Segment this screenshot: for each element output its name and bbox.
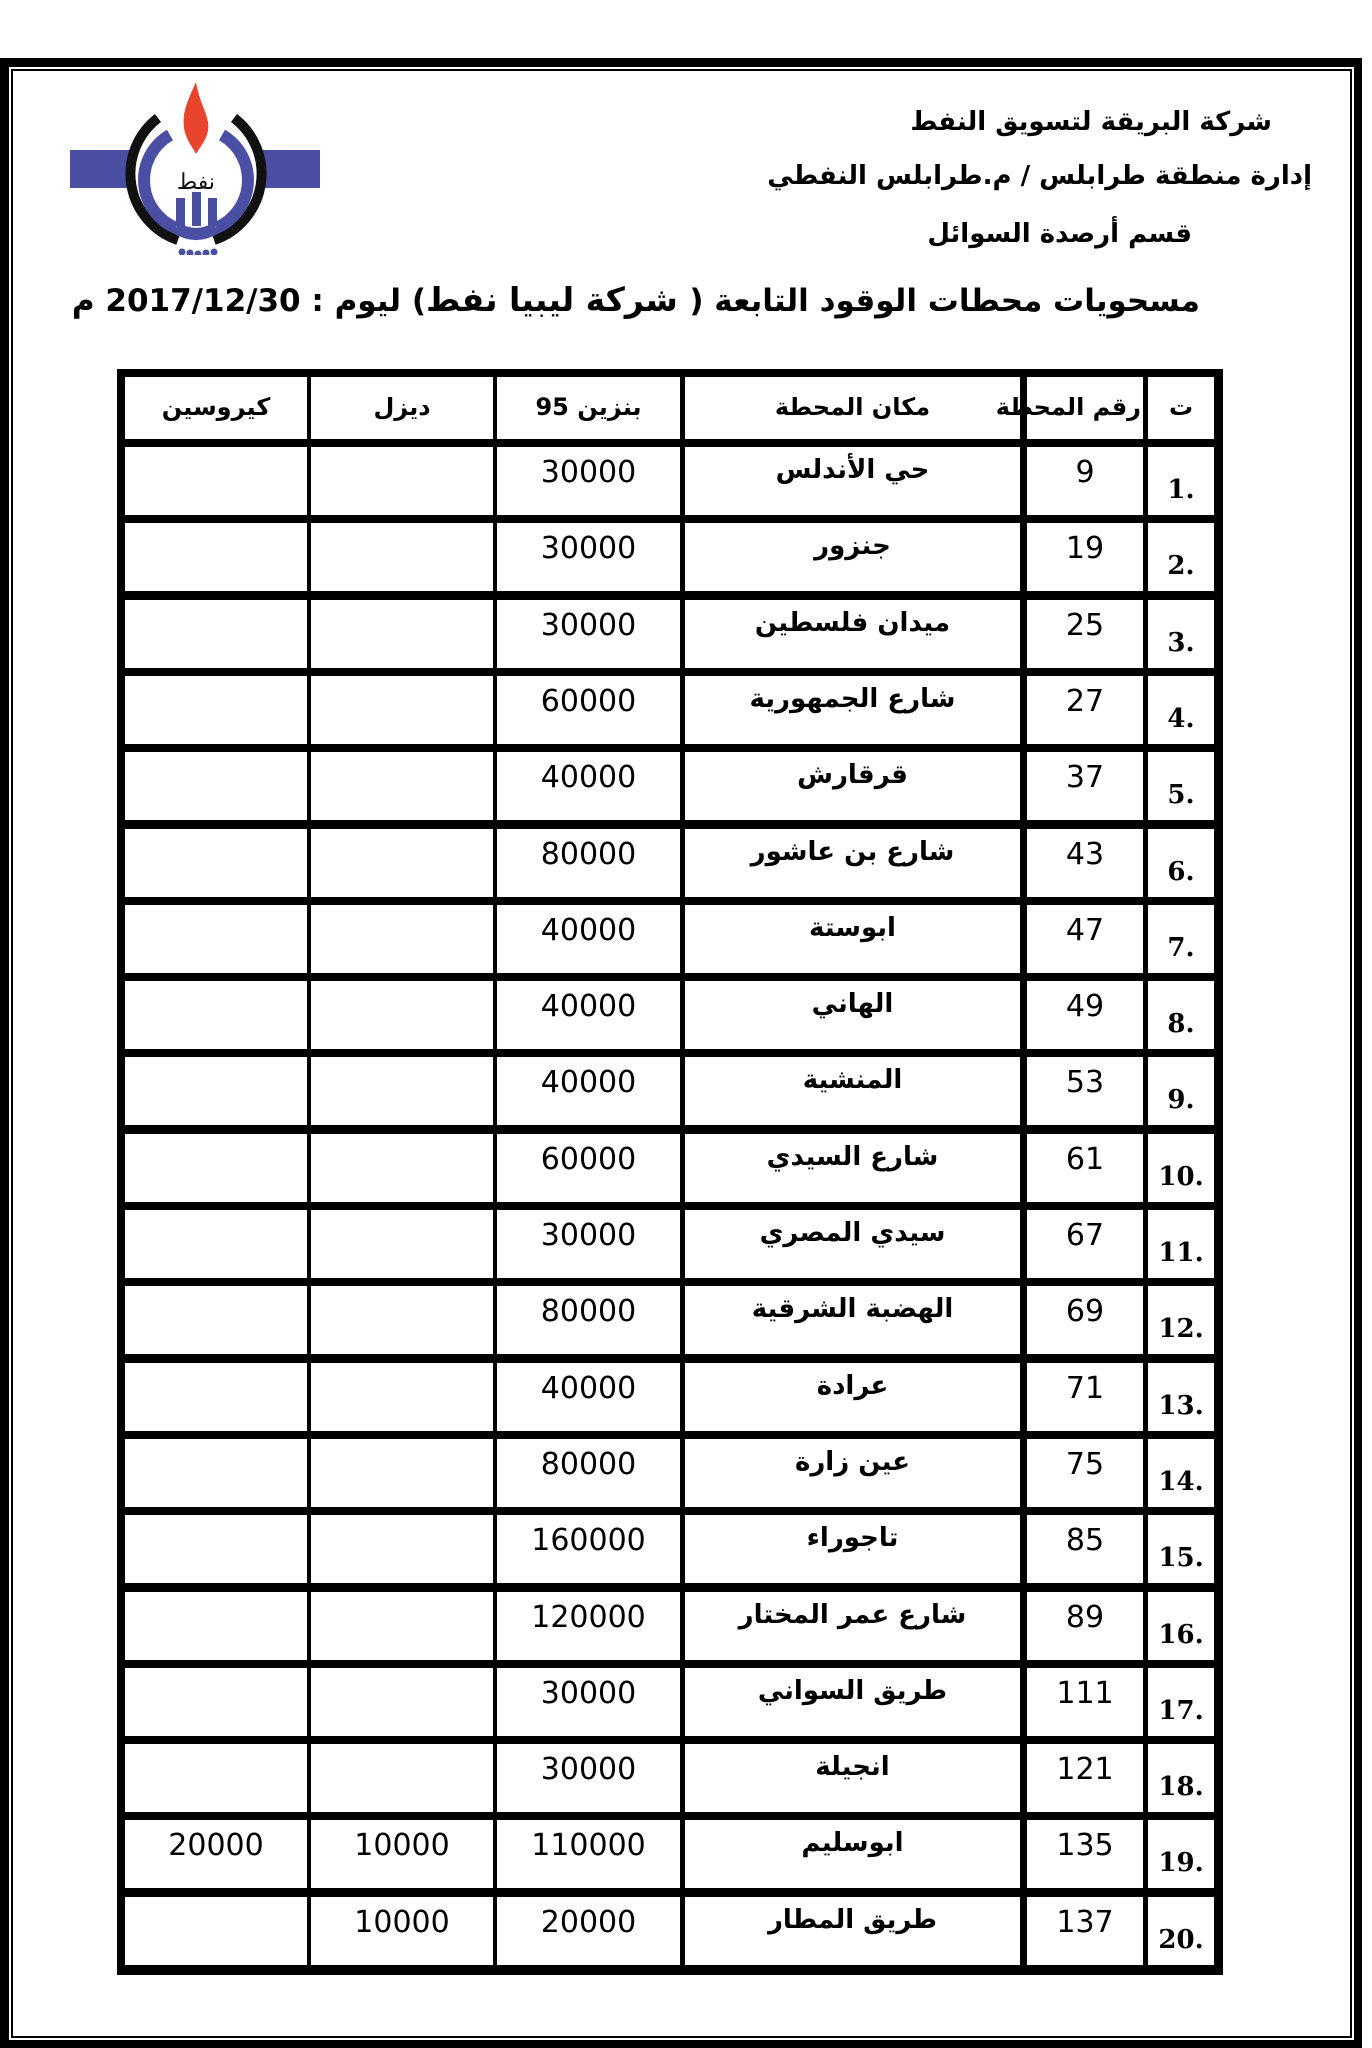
cell-value: شارع عمر المختار [687, 1600, 1018, 1630]
cell-value: .12 [1150, 1314, 1212, 1344]
table-cell-location: سيدي المصري [685, 1210, 1020, 1278]
table-cell-kerosene [125, 1592, 307, 1660]
table-cell-station-no: 43 [1027, 829, 1143, 897]
column-header-station-no: رقم المحطة [1027, 377, 1143, 439]
table-cell-location: شارع الجمهورية [685, 676, 1020, 744]
table-cell-index: .18 [1148, 1744, 1214, 1812]
cell-value: انجيلة [687, 1752, 1018, 1782]
cell-value: جنزور [687, 531, 1018, 561]
cell-value: .15 [1150, 1543, 1212, 1573]
table-cell-diesel [311, 1057, 493, 1125]
table-cell-station-no: 85 [1027, 1515, 1143, 1583]
table-cell-kerosene [125, 600, 307, 668]
column-header-kerosene: كيروسين [125, 377, 307, 439]
cell-value: .19 [1150, 1848, 1212, 1878]
cell-value: 19 [1029, 531, 1141, 566]
oil-logo-icon [70, 80, 320, 255]
table-cell-station-no: 67 [1027, 1210, 1143, 1278]
table-cell-station-no: 53 [1027, 1057, 1143, 1125]
table-cell-petrol95: 40000 [497, 1057, 680, 1125]
table-cell-diesel [311, 905, 493, 973]
section-name: قسم أرصدة السوائل [927, 210, 1192, 258]
title-prefix: مسحويات محطات الوقود التابعة ( [689, 283, 1200, 319]
cell-value: 160000 [499, 1523, 678, 1558]
table-cell-station-no: 37 [1027, 752, 1143, 820]
cell-value: ابوستة [687, 913, 1018, 943]
table-cell-index: .4 [1148, 676, 1214, 744]
table-cell-petrol95: 80000 [497, 1286, 680, 1354]
table-cell-kerosene [125, 1134, 307, 1202]
table-cell-location: ميدان فلسطين [685, 600, 1020, 668]
table-cell-index: .5 [1148, 752, 1214, 820]
cell-value: .16 [1150, 1620, 1212, 1650]
table-cell-diesel [311, 1286, 493, 1354]
table-cell-diesel [311, 1210, 493, 1278]
cell-value: 80000 [499, 837, 678, 872]
table-cell-kerosene [125, 1897, 307, 1965]
cell-value: .4 [1150, 704, 1212, 734]
table-cell-diesel [311, 600, 493, 668]
cell-value: 37 [1029, 760, 1141, 795]
column-header-label: ت [1150, 393, 1212, 421]
table-cell-index: .1 [1148, 447, 1214, 515]
table-cell-petrol95: 80000 [497, 829, 680, 897]
cell-value: طريق السواني [687, 1676, 1018, 1706]
cell-value: .3 [1150, 628, 1212, 658]
table-cell-location: طريق المطار [685, 1897, 1020, 1965]
table-cell-location: عين زارة [685, 1439, 1020, 1507]
table-cell-petrol95: 30000 [497, 1744, 680, 1812]
department-name: إدارة منطقة طرابلس / م.طرابلس النفطي [767, 152, 1312, 200]
cell-value: 40000 [499, 989, 678, 1024]
table-cell-diesel [311, 676, 493, 744]
table-cell-index: .7 [1148, 905, 1214, 973]
cell-value: 67 [1029, 1218, 1141, 1253]
cell-value: 61 [1029, 1142, 1141, 1177]
column-header-label: كيروسين [127, 393, 305, 421]
cell-value: 71 [1029, 1371, 1141, 1406]
cell-value: 69 [1029, 1294, 1141, 1329]
table-cell-petrol95: 40000 [497, 752, 680, 820]
cell-value: 30000 [499, 1752, 678, 1787]
cell-value: 20000 [127, 1828, 305, 1863]
table-cell-petrol95: 60000 [497, 1134, 680, 1202]
table-cell-petrol95: 160000 [497, 1515, 680, 1583]
table-cell-location: الهضبة الشرقية [685, 1286, 1020, 1354]
table-cell-index: .17 [1148, 1668, 1214, 1736]
cell-value: 89 [1029, 1600, 1141, 1635]
table-cell-petrol95: 40000 [497, 905, 680, 973]
table-cell-location: عرادة [685, 1363, 1020, 1431]
cell-value: 80000 [499, 1447, 678, 1482]
cell-value: 10000 [313, 1905, 491, 1940]
table-cell-station-no: 19 [1027, 523, 1143, 591]
cell-value: .5 [1150, 780, 1212, 810]
table-cell-diesel [311, 1592, 493, 1660]
cell-value: 40000 [499, 1065, 678, 1100]
cell-value: 30000 [499, 1676, 678, 1711]
cell-value: .18 [1150, 1772, 1212, 1802]
table-cell-kerosene [125, 676, 307, 744]
table-cell-station-no: 25 [1027, 600, 1143, 668]
table-cell-station-no: 71 [1027, 1363, 1143, 1431]
cell-value: شارع بن عاشور [687, 837, 1018, 867]
table-cell-kerosene [125, 1668, 307, 1736]
table-cell-location: تاجوراء [685, 1515, 1020, 1583]
column-header-location: مكان المحطة [685, 377, 1020, 439]
table-cell-location: ابوستة [685, 905, 1020, 973]
table-cell-location: شارع عمر المختار [685, 1592, 1020, 1660]
cell-value: 30000 [499, 531, 678, 566]
cell-value: 27 [1029, 684, 1141, 719]
cell-value: 40000 [499, 1371, 678, 1406]
cell-value: .17 [1150, 1696, 1212, 1726]
cell-value: عرادة [687, 1371, 1018, 1401]
table-cell-index: .16 [1148, 1592, 1214, 1660]
table-cell-kerosene [125, 829, 307, 897]
cell-value: شارع السيدي [687, 1142, 1018, 1172]
title-suffix: ) ليوم : 2017/12/30 م [72, 283, 426, 319]
cell-value: 49 [1029, 989, 1141, 1024]
column-header-label: مكان المحطة [687, 393, 1018, 421]
column-header-diesel: ديزل [311, 377, 493, 439]
table-cell-location: الهاني [685, 981, 1020, 1049]
title-company: شركة ليبيا نفط [426, 280, 689, 319]
cell-value: 30000 [499, 455, 678, 490]
table-cell-index: .13 [1148, 1363, 1214, 1431]
libya-oil-logo: نفط [70, 80, 320, 255]
cell-value: الهاني [687, 989, 1018, 1019]
cell-value: .13 [1150, 1391, 1212, 1421]
table-cell-petrol95: 30000 [497, 523, 680, 591]
cell-value: 60000 [499, 684, 678, 719]
table-cell-index: .6 [1148, 829, 1214, 897]
table-cell-diesel [311, 1134, 493, 1202]
cell-value: 25 [1029, 608, 1141, 643]
cell-value: تاجوراء [687, 1523, 1018, 1553]
table-cell-petrol95: 30000 [497, 600, 680, 668]
table-cell-station-no: 61 [1027, 1134, 1143, 1202]
cell-value: طريق المطار [687, 1905, 1018, 1935]
table-cell-station-no: 111 [1027, 1668, 1143, 1736]
table-cell-station-no: 47 [1027, 905, 1143, 973]
column-header-label: ديزل [313, 393, 491, 421]
table-cell-diesel [311, 1744, 493, 1812]
cell-value: .2 [1150, 551, 1212, 581]
cell-value: .11 [1150, 1238, 1212, 1268]
cell-value: 110000 [499, 1828, 678, 1863]
table-cell-petrol95: 30000 [497, 1210, 680, 1278]
table-cell-diesel [311, 1439, 493, 1507]
cell-value: 121 [1029, 1752, 1141, 1787]
table-cell-location: المنشية [685, 1057, 1020, 1125]
table-cell-diesel [311, 752, 493, 820]
table-cell-kerosene: 20000 [125, 1820, 307, 1888]
table-cell-location: طريق السواني [685, 1668, 1020, 1736]
cell-value: شارع الجمهورية [687, 684, 1018, 714]
table-cell-kerosene [125, 447, 307, 515]
cell-value: 60000 [499, 1142, 678, 1177]
table-cell-kerosene [125, 1286, 307, 1354]
column-header-index: ت [1148, 377, 1214, 439]
table-cell-station-no: 75 [1027, 1439, 1143, 1507]
cell-value: 40000 [499, 760, 678, 795]
cell-value: الهضبة الشرقية [687, 1294, 1018, 1324]
table-cell-petrol95: 40000 [497, 981, 680, 1049]
table-cell-petrol95: 110000 [497, 1820, 680, 1888]
logo-text: نفط [172, 170, 220, 195]
cell-value: .14 [1150, 1467, 1212, 1497]
table-cell-index: .11 [1148, 1210, 1214, 1278]
table-cell-diesel [311, 829, 493, 897]
cell-value: .9 [1150, 1085, 1212, 1115]
cell-value: 111 [1029, 1676, 1141, 1711]
column-header-petrol95: بنزين 95 [497, 377, 680, 439]
table-cell-diesel [311, 523, 493, 591]
table-cell-kerosene [125, 1363, 307, 1431]
cell-value: 85 [1029, 1523, 1141, 1558]
table-cell-petrol95: 30000 [497, 1668, 680, 1736]
table-cell-diesel [311, 1363, 493, 1431]
cell-value: .10 [1150, 1162, 1212, 1192]
table-cell-petrol95: 30000 [497, 447, 680, 515]
cell-value: ميدان فلسطين [687, 608, 1018, 638]
company-name: شركة البريقة لتسويق النفط [910, 98, 1272, 146]
cell-value: 137 [1029, 1905, 1141, 1940]
cell-value: حي الأندلس [687, 455, 1018, 485]
cell-value: 9 [1029, 455, 1141, 490]
table-cell-station-no: 135 [1027, 1820, 1143, 1888]
cell-value: 53 [1029, 1065, 1141, 1100]
cell-value: 10000 [313, 1828, 491, 1863]
cell-value: 30000 [499, 1218, 678, 1253]
table-cell-diesel [311, 981, 493, 1049]
cell-value: 20000 [499, 1905, 678, 1940]
cell-value: .6 [1150, 857, 1212, 887]
cell-value: 40000 [499, 913, 678, 948]
cell-value: 120000 [499, 1600, 678, 1635]
table-cell-location: قرقارش [685, 752, 1020, 820]
table-cell-index: .14 [1148, 1439, 1214, 1507]
table-cell-index: .19 [1148, 1820, 1214, 1888]
table-cell-diesel: 10000 [311, 1820, 493, 1888]
table-cell-kerosene [125, 752, 307, 820]
table-cell-kerosene [125, 1744, 307, 1812]
cell-value: عين زارة [687, 1447, 1018, 1477]
document-title: مسحويات محطات الوقود التابعة ( شركة ليبي… [150, 280, 1200, 319]
table-cell-location: انجيلة [685, 1744, 1020, 1812]
table-cell-kerosene [125, 523, 307, 591]
cell-value: سيدي المصري [687, 1218, 1018, 1248]
column-header-label: رقم المحطة [1029, 393, 1141, 421]
cell-value: قرقارش [687, 760, 1018, 790]
table-cell-kerosene [125, 1439, 307, 1507]
table-cell-diesel: 10000 [311, 1897, 493, 1965]
cell-value: .20 [1150, 1925, 1212, 1955]
table-cell-station-no: 89 [1027, 1592, 1143, 1660]
table-cell-kerosene [125, 1515, 307, 1583]
cell-value: .1 [1150, 475, 1212, 505]
table-cell-petrol95: 60000 [497, 676, 680, 744]
table-cell-station-no: 27 [1027, 676, 1143, 744]
cell-value: 80000 [499, 1294, 678, 1329]
table-cell-index: .20 [1148, 1897, 1214, 1965]
table-cell-diesel [311, 447, 493, 515]
cell-value: 75 [1029, 1447, 1141, 1482]
cell-value: المنشية [687, 1065, 1018, 1095]
table-cell-petrol95: 40000 [497, 1363, 680, 1431]
table-cell-location: شارع بن عاشور [685, 829, 1020, 897]
table-cell-location: ابوسليم [685, 1820, 1020, 1888]
table-cell-kerosene [125, 1057, 307, 1125]
cell-value: .8 [1150, 1009, 1212, 1039]
table-cell-index: .12 [1148, 1286, 1214, 1354]
table-cell-petrol95: 80000 [497, 1439, 680, 1507]
table-cell-kerosene [125, 981, 307, 1049]
table-cell-diesel [311, 1515, 493, 1583]
cell-value: .7 [1150, 933, 1212, 963]
table-cell-station-no: 137 [1027, 1897, 1143, 1965]
withdrawals-table: كيروسينديزلبنزين 95مكان المحطةرقم المحطة… [117, 369, 1223, 1975]
table-cell-station-no: 9 [1027, 447, 1143, 515]
table-cell-station-no: 49 [1027, 981, 1143, 1049]
table-cell-location: جنزور [685, 523, 1020, 591]
table-cell-diesel [311, 1668, 493, 1736]
table-cell-index: .9 [1148, 1057, 1214, 1125]
table-cell-location: حي الأندلس [685, 447, 1020, 515]
table-cell-index: .10 [1148, 1134, 1214, 1202]
table-cell-location: شارع السيدي [685, 1134, 1020, 1202]
table-cell-kerosene [125, 1210, 307, 1278]
table-cell-index: .3 [1148, 600, 1214, 668]
table-cell-index: .2 [1148, 523, 1214, 591]
column-header-label: بنزين 95 [499, 393, 678, 421]
table-cell-station-no: 121 [1027, 1744, 1143, 1812]
cell-value: 47 [1029, 913, 1141, 948]
table-cell-petrol95: 120000 [497, 1592, 680, 1660]
table-cell-kerosene [125, 905, 307, 973]
cell-value: 43 [1029, 837, 1141, 872]
table-cell-petrol95: 20000 [497, 1897, 680, 1965]
cell-value: 30000 [499, 608, 678, 643]
cell-value: ابوسليم [687, 1828, 1018, 1858]
cell-value: 135 [1029, 1828, 1141, 1863]
table-cell-index: .15 [1148, 1515, 1214, 1583]
table-cell-index: .8 [1148, 981, 1214, 1049]
table-cell-station-no: 69 [1027, 1286, 1143, 1354]
